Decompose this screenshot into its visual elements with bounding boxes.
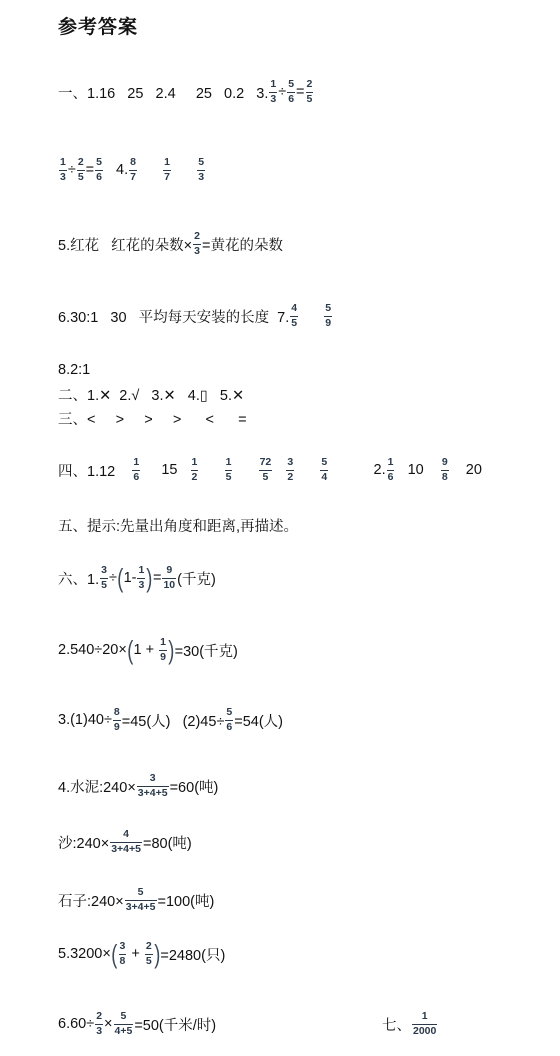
numerator: 5	[137, 887, 145, 898]
answer-text: =50(千米/时)	[134, 1014, 216, 1035]
answer-line: 沙:240×43+4+5=80(吨)	[58, 824, 192, 860]
numerator: 1	[59, 157, 67, 168]
fraction: 19	[159, 637, 167, 662]
denominator: 5	[262, 472, 270, 483]
denominator: 7	[163, 172, 171, 183]
parenthesis: (	[127, 637, 133, 663]
numerator: 5	[95, 157, 103, 168]
answer-text	[138, 162, 162, 178]
answer-text: 一、1.16 25 2.4 25 0.2 3.	[58, 82, 268, 103]
answer-text: =黄花的朵数	[202, 234, 283, 255]
denominator: 3	[193, 246, 201, 257]
numerator: 1	[159, 637, 167, 648]
answer-text: 4.水泥:240×	[58, 776, 136, 797]
numerator: 9	[441, 457, 449, 468]
numerator: 2	[145, 941, 153, 952]
fraction: 32	[286, 457, 294, 482]
numerator: 1	[225, 457, 233, 468]
answer-text: ×	[104, 1016, 112, 1032]
numerator: 1	[132, 457, 140, 468]
answer-text	[233, 462, 257, 478]
answer-text: 五、提示:先量出角度和距离,再描述。	[58, 515, 298, 536]
answer-text	[299, 308, 323, 324]
fraction: 25	[145, 941, 153, 966]
fraction: 23	[95, 1011, 103, 1036]
fraction: 53	[197, 157, 205, 182]
answer-text: 1 +	[134, 642, 159, 658]
answer-text: =	[296, 84, 304, 100]
answer-text: 沙:240×	[58, 832, 109, 853]
numerator: 2	[306, 79, 314, 90]
numerator: 5	[324, 303, 332, 314]
denominator: 2000	[412, 1026, 437, 1037]
denominator: 5	[77, 172, 85, 183]
fraction: 17	[163, 157, 171, 182]
numerator: 1	[163, 157, 171, 168]
denominator: 3	[59, 172, 67, 183]
denominator: 6	[387, 472, 395, 483]
answer-line: 5.红花 红花的朵数×23=黄花的朵数	[58, 226, 283, 262]
denominator: 5	[306, 94, 314, 105]
denominator: 9	[113, 722, 121, 733]
answer-text: =30(千克)	[175, 640, 238, 661]
denominator: 4	[320, 472, 328, 483]
answer-text	[295, 462, 319, 478]
answer-text	[199, 462, 223, 478]
fraction: 98	[441, 457, 449, 482]
fraction: 54	[320, 457, 328, 482]
numerator: 3	[119, 941, 127, 952]
parenthesis: )	[154, 941, 160, 967]
fraction: 15	[225, 457, 233, 482]
numerator: 3	[100, 565, 108, 576]
answer-line: 5.3200×(38 + 25)=2480(只)	[58, 936, 225, 972]
answer-text: =80(吨)	[143, 832, 192, 853]
answer-text: 三、< > > > < =	[58, 408, 247, 429]
answer-text: =60(吨)	[170, 776, 219, 797]
denominator: 3	[95, 1026, 103, 1037]
answer-text: 3.(1)40÷	[58, 712, 112, 728]
fraction: 87	[129, 157, 137, 182]
answer-line: 三、< > > > < =	[58, 400, 247, 436]
fraction: 89	[113, 707, 121, 732]
answer-text: 2.	[329, 462, 385, 478]
answer-text: (千克)	[177, 568, 216, 589]
answer-text: ÷	[68, 162, 76, 178]
denominator: 5	[100, 580, 108, 591]
fraction: 12000	[412, 1011, 437, 1036]
numerator: 5	[119, 1011, 127, 1022]
fraction: 910	[162, 565, 176, 590]
answer-line: 6.60÷23×54+5=50(千米/时)	[58, 1006, 216, 1042]
answer-text: 6.60÷	[58, 1016, 94, 1032]
fraction: 38	[119, 941, 127, 966]
denominator: 3+4+5	[137, 788, 169, 799]
answer-line: 一、1.16 25 2.4 25 0.2 3.13÷56=25	[58, 74, 314, 110]
denominator: 2	[286, 472, 294, 483]
fraction: 54+5	[114, 1011, 134, 1036]
fraction: 59	[324, 303, 332, 328]
numerator: 2	[77, 157, 85, 168]
fraction: 13	[137, 565, 145, 590]
denominator: 8	[119, 956, 127, 967]
answer-text: 6.30:1 30 平均每天安装的长度 7.	[58, 306, 289, 327]
answer-line: 6.30:1 30 平均每天安装的长度 7.45 59	[58, 298, 333, 334]
fraction: 25	[306, 79, 314, 104]
answer-text: 4.	[104, 162, 128, 178]
answer-text: ÷	[278, 84, 286, 100]
fraction: 12	[191, 457, 199, 482]
answer-text: =	[153, 570, 161, 586]
answer-text: ÷	[109, 570, 117, 586]
denominator: 10	[162, 580, 176, 591]
parenthesis: )	[147, 565, 153, 591]
numerator: 5	[225, 707, 233, 718]
numerator: 2	[193, 231, 201, 242]
answer-line: 13÷25=56 4.87 17 53	[58, 152, 206, 188]
denominator: 3	[197, 172, 205, 183]
denominator: 9	[159, 652, 167, 663]
answer-text	[273, 462, 285, 478]
answer-text: 1-	[124, 570, 137, 586]
numerator: 5	[197, 157, 205, 168]
denominator: 5	[145, 956, 153, 967]
answer-text: 2.540÷20×	[58, 642, 127, 658]
numerator: 2	[95, 1011, 103, 1022]
fraction: 23	[193, 231, 201, 256]
fraction: 35	[100, 565, 108, 590]
denominator: 7	[129, 172, 137, 183]
numerator: 4	[290, 303, 298, 314]
numerator: 1	[191, 457, 199, 468]
fraction: 13	[59, 157, 67, 182]
numerator: 1	[137, 565, 145, 576]
page-title: 参考答案	[58, 12, 138, 39]
numerator: 8	[129, 157, 137, 168]
answer-text: =100(吨)	[158, 890, 215, 911]
answer-text: 20	[450, 462, 482, 478]
answer-text: 六、1.	[58, 568, 99, 589]
denominator: 3+4+5	[125, 902, 157, 913]
fraction: 33+4+5	[137, 773, 169, 798]
answer-text	[172, 162, 196, 178]
numerator: 1	[269, 79, 277, 90]
numerator: 1	[387, 457, 395, 468]
answer-text: =45(人) (2)45÷	[122, 710, 225, 731]
answer-line: 3.(1)40÷89=45(人) (2)45÷56=54(人)	[58, 702, 283, 738]
answer-text: =54(人)	[234, 710, 283, 731]
answer-text: 15	[141, 462, 189, 478]
fraction: 25	[77, 157, 85, 182]
denominator: 5	[225, 472, 233, 483]
answer-line: 七、12000	[382, 1006, 438, 1042]
denominator: 3+4+5	[110, 844, 142, 855]
answer-text: 10	[395, 462, 439, 478]
fraction: 56	[95, 157, 103, 182]
denominator: 6	[95, 172, 103, 183]
numerator: 9	[165, 565, 173, 576]
fraction: 725	[259, 457, 273, 482]
answer-text: 5.3200×	[58, 946, 111, 962]
denominator: 5	[290, 318, 298, 329]
numerator: 5	[287, 79, 295, 90]
answer-text: =	[86, 162, 94, 178]
parenthesis: (	[117, 565, 123, 591]
answer-text: =2480(只)	[160, 944, 225, 965]
answer-line: 2.540÷20×(1 + 19)=30(千克)	[58, 632, 238, 668]
fraction: 43+4+5	[110, 829, 142, 854]
answer-text: +	[127, 946, 144, 962]
answer-text: 5.红花 红花的朵数×	[58, 234, 192, 255]
numerator: 4	[122, 829, 130, 840]
denominator: 6	[132, 472, 140, 483]
denominator: 9	[324, 318, 332, 329]
answer-line: 四、1.12 16 15 12 15 725 32 54 2.16 10 98 …	[58, 452, 482, 488]
denominator: 2	[191, 472, 199, 483]
answer-text: 七、	[382, 1014, 411, 1035]
answer-line: 六、1.35÷(1-13)=910(千克)	[58, 560, 216, 596]
fraction: 56	[287, 79, 295, 104]
answer-line: 4.水泥:240×33+4+5=60(吨)	[58, 768, 218, 804]
fraction: 45	[290, 303, 298, 328]
numerator: 72	[259, 457, 273, 468]
fraction: 53+4+5	[125, 887, 157, 912]
denominator: 3	[137, 580, 145, 591]
answer-text: 四、1.12	[58, 460, 131, 481]
denominator: 8	[441, 472, 449, 483]
denominator: 3	[269, 94, 277, 105]
numerator: 5	[320, 457, 328, 468]
denominator: 6	[287, 94, 295, 105]
fraction: 16	[387, 457, 395, 482]
denominator: 4+5	[114, 1026, 134, 1037]
denominator: 6	[225, 722, 233, 733]
answer-line: 五、提示:先量出角度和距离,再描述。	[58, 507, 298, 543]
fraction: 13	[269, 79, 277, 104]
fraction: 16	[132, 457, 140, 482]
numerator: 3	[149, 773, 157, 784]
numerator: 8	[113, 707, 121, 718]
parenthesis: (	[111, 941, 117, 967]
fraction: 56	[225, 707, 233, 732]
parenthesis: )	[168, 637, 174, 663]
answer-line: 石子:240×53+4+5=100(吨)	[58, 882, 214, 918]
numerator: 3	[286, 457, 294, 468]
numerator: 1	[421, 1011, 429, 1022]
answer-text: 石子:240×	[58, 890, 124, 911]
